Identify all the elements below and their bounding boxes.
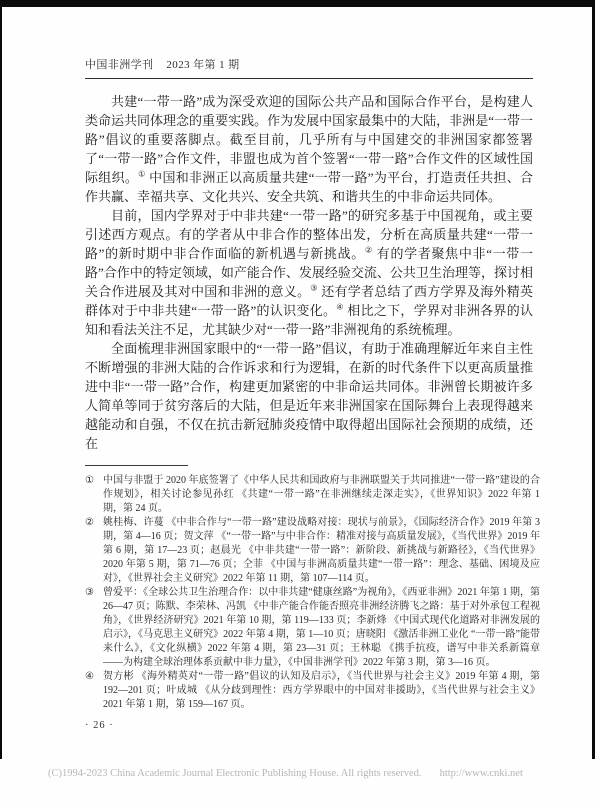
footnote-marker: ③ <box>85 586 103 670</box>
footnote-reference: ③ <box>310 284 317 293</box>
paragraph-2: 目前，国内学界对于中非共建“一带一路”的研究多基于中国视角，或主要引述西方观点。… <box>85 206 533 339</box>
footnote-separator <box>85 465 188 466</box>
footnote-text: 姚桂梅、许蔓 《中非合作与“一带一路”建设战略对接：现状与前景》，《国际经济合作… <box>103 516 540 586</box>
footnote-reference: ② <box>365 246 373 255</box>
footnotes-block: ① 中国与非盟于 2020 年底签署了《中华人民共和国政府与非洲联盟关于共同推进… <box>85 474 540 712</box>
cnki-url: http://www.cnki.net <box>440 768 523 779</box>
footnote-reference: ① <box>138 170 146 179</box>
footnote-text: 曾爱平：《全球公共卫生治理合作：以中非共建“健康丝路”为视角》，《西亚非洲》20… <box>103 586 540 670</box>
article-body: 共建“一带一路”成为深受欢迎的国际公共产品和国际合作平台，是构建人类命运共同体理… <box>85 92 533 453</box>
issue-label: 2023 年第 1 期 <box>166 59 239 71</box>
scan-edge-left <box>0 7 2 759</box>
copyright-footer: (C)1994-2023 China Academic Journal Elec… <box>48 768 568 779</box>
footnote-item-4: ④ 贺方彬 《海外精英对“一带一路”倡议的认知及启示》，《当代世界与社会主义》2… <box>85 670 540 712</box>
footnote-text: 贺方彬 《海外精英对“一带一路”倡议的认知及启示》，《当代世界与社会主义》201… <box>103 670 540 712</box>
footnote-marker: ④ <box>85 670 103 712</box>
footnote-reference: ④ <box>336 303 344 312</box>
page-header: 中国非洲学刊2023 年第 1 期 <box>85 56 533 72</box>
journal-page: 中国非洲学刊2023 年第 1 期 共建“一带一路”成为深受欢迎的国际公共产品和… <box>0 0 595 807</box>
paragraph-3: 全面梳理非洲国家眼中的“一带一路”倡议，有助于准确理解近年来自主性不断增强的非洲… <box>85 339 533 453</box>
footnote-item-3: ③ 曾爱平：《全球公共卫生治理合作：以中非共建“健康丝路”为视角》，《西亚非洲》… <box>85 586 540 670</box>
page-content: 中国非洲学刊2023 年第 1 期 共建“一带一路”成为深受欢迎的国际公共产品和… <box>85 56 533 731</box>
footnote-text: 中国与非盟于 2020 年底签署了《中华人民共和国政府与非洲联盟关于共同推进“一… <box>103 474 540 516</box>
footnote-item-2: ② 姚桂梅、许蔓 《中非合作与“一带一路”建设战略对接：现状与前景》，《国际经济… <box>85 516 540 586</box>
journal-title: 中国非洲学刊 <box>85 59 153 71</box>
footnote-marker: ① <box>85 474 103 516</box>
copyright-text: (C)1994-2023 China Academic Journal Elec… <box>48 768 422 779</box>
page-number: · 26 · <box>85 720 533 731</box>
footnote-item-1: ① 中国与非盟于 2020 年底签署了《中华人民共和国政府与非洲联盟关于共同推进… <box>85 474 540 516</box>
paragraph-1: 共建“一带一路”成为深受欢迎的国际公共产品和国际合作平台，是构建人类命运共同体理… <box>85 92 533 206</box>
header-rule <box>85 78 533 79</box>
scan-edge-top <box>0 0 595 7</box>
footnote-marker: ② <box>85 516 103 586</box>
